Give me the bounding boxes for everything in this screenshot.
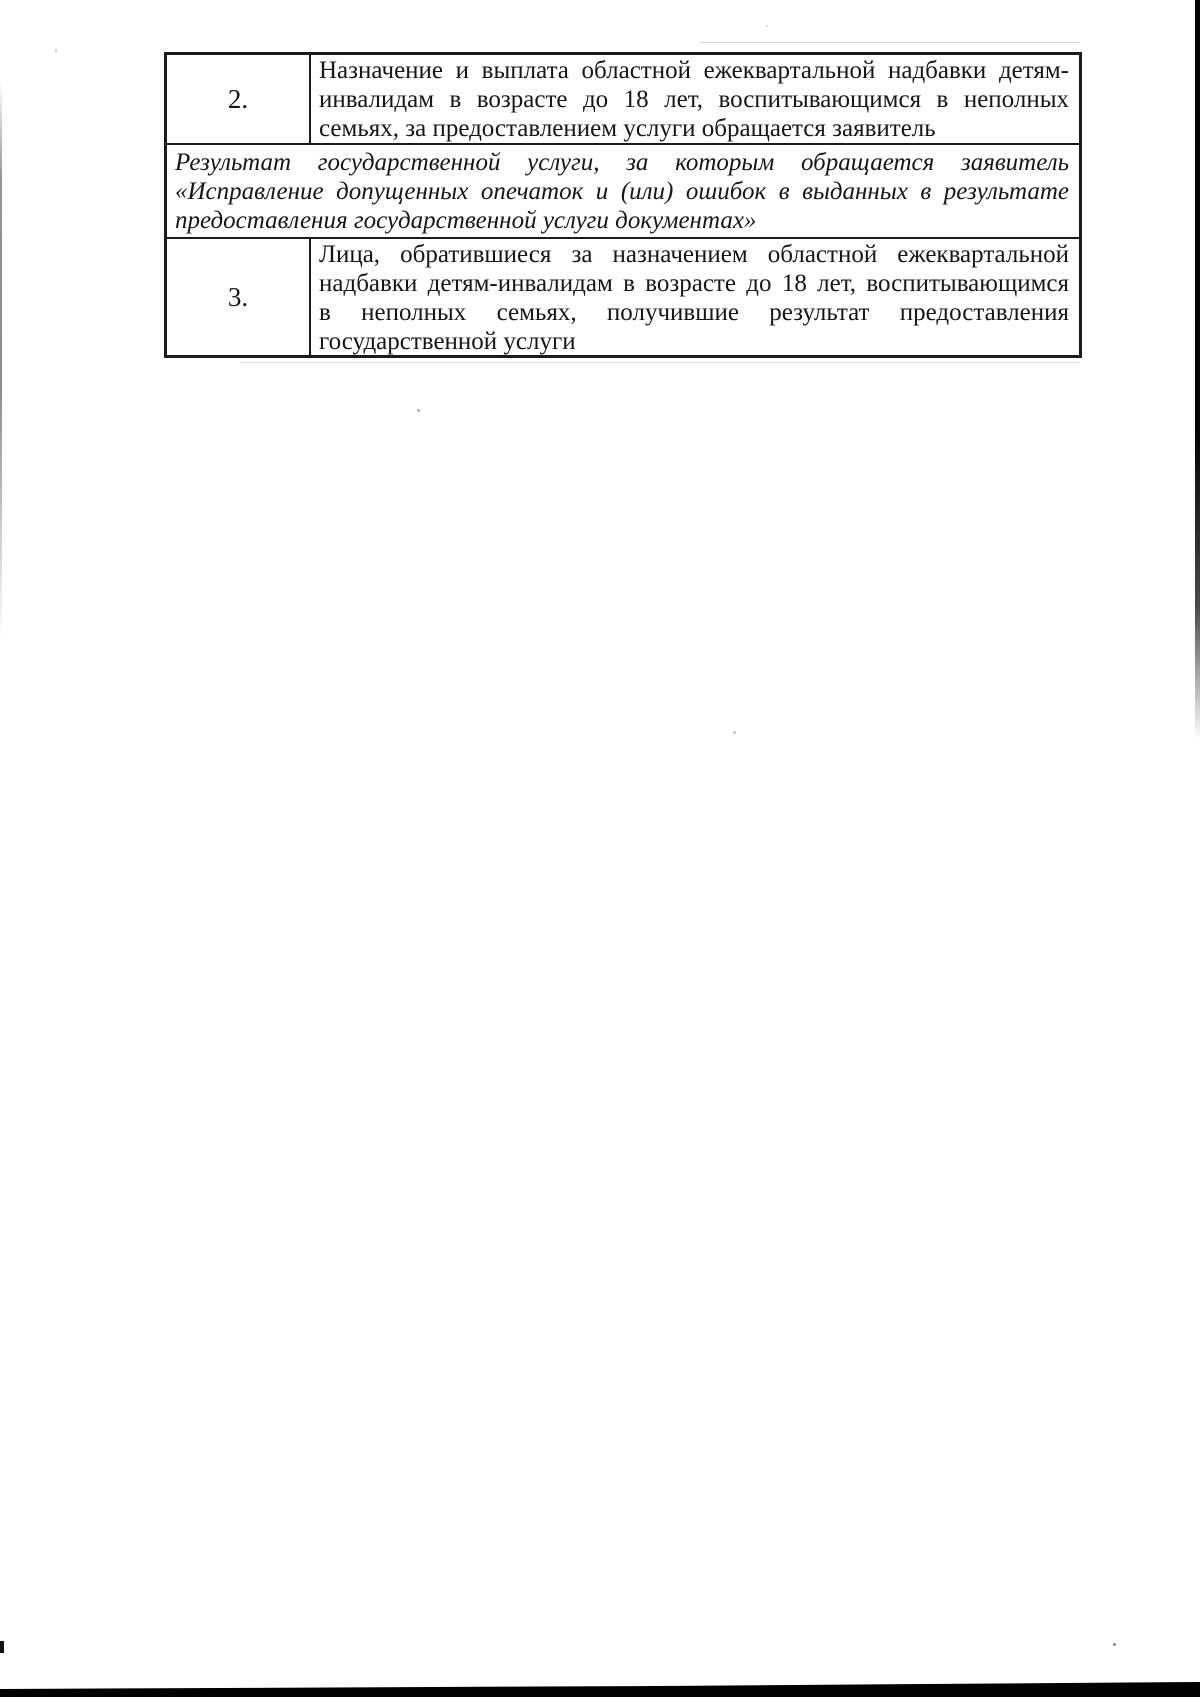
scanned-document-page: 2. Назначение и выплата областной ежеква… <box>0 0 1200 1697</box>
text-line: государственной услуги <box>319 327 1069 356</box>
scan-speck <box>55 49 57 52</box>
text-line: «Исправление допущенных опечаток и (или)… <box>175 177 1069 206</box>
row-number: 3. <box>228 282 248 313</box>
text-line: Лица, обратившиеся за назначением област… <box>319 240 1069 269</box>
row-number: 2. <box>228 84 248 115</box>
text-line: в неполных семьях, получившие результат … <box>319 298 1069 327</box>
row-text-cell: Лица, обратившиеся за назначением област… <box>311 239 1079 355</box>
table-row-result: Результат государственной услуги, за кот… <box>167 145 1079 239</box>
text-line: Результат государственной услуги, за кот… <box>175 148 1069 177</box>
scan-speck <box>1113 1643 1116 1646</box>
scan-edge-right-strip <box>1195 0 1200 740</box>
scan-edge-bottom-strip <box>0 1678 1200 1697</box>
row-number-cell: 3. <box>167 239 311 355</box>
scan-speck <box>766 25 768 27</box>
scan-speck <box>733 731 736 734</box>
table-row-3: 3. Лица, обратившиеся за назначением обл… <box>167 239 1079 355</box>
text-line: предоставления государственной услуги до… <box>175 206 1069 235</box>
row-text-cell: Назначение и выплата областной ежекварта… <box>311 55 1079 143</box>
scan-mark-left <box>0 1641 4 1653</box>
result-text-cell: Результат государственной услуги, за кот… <box>167 145 1079 235</box>
table-row-2: 2. Назначение и выплата областной ежеква… <box>167 55 1079 145</box>
text-line: Назначение и выплата областной ежекварта… <box>319 56 1069 85</box>
text-line: надбавки детям-инвалидам в возрасте до 1… <box>319 269 1069 298</box>
scan-edge-left-line <box>0 80 2 640</box>
scan-ghost-line <box>240 362 1080 363</box>
text-line: семьях, за предоставлением услуги обраща… <box>319 114 1069 143</box>
scan-speck <box>417 409 420 412</box>
row-number-cell: 2. <box>167 55 311 143</box>
services-table: 2. Назначение и выплата областной ежеква… <box>164 52 1082 358</box>
text-line: инвалидам в возрасте до 18 лет, воспитыв… <box>319 85 1069 114</box>
scan-ghost-line <box>700 42 1080 43</box>
